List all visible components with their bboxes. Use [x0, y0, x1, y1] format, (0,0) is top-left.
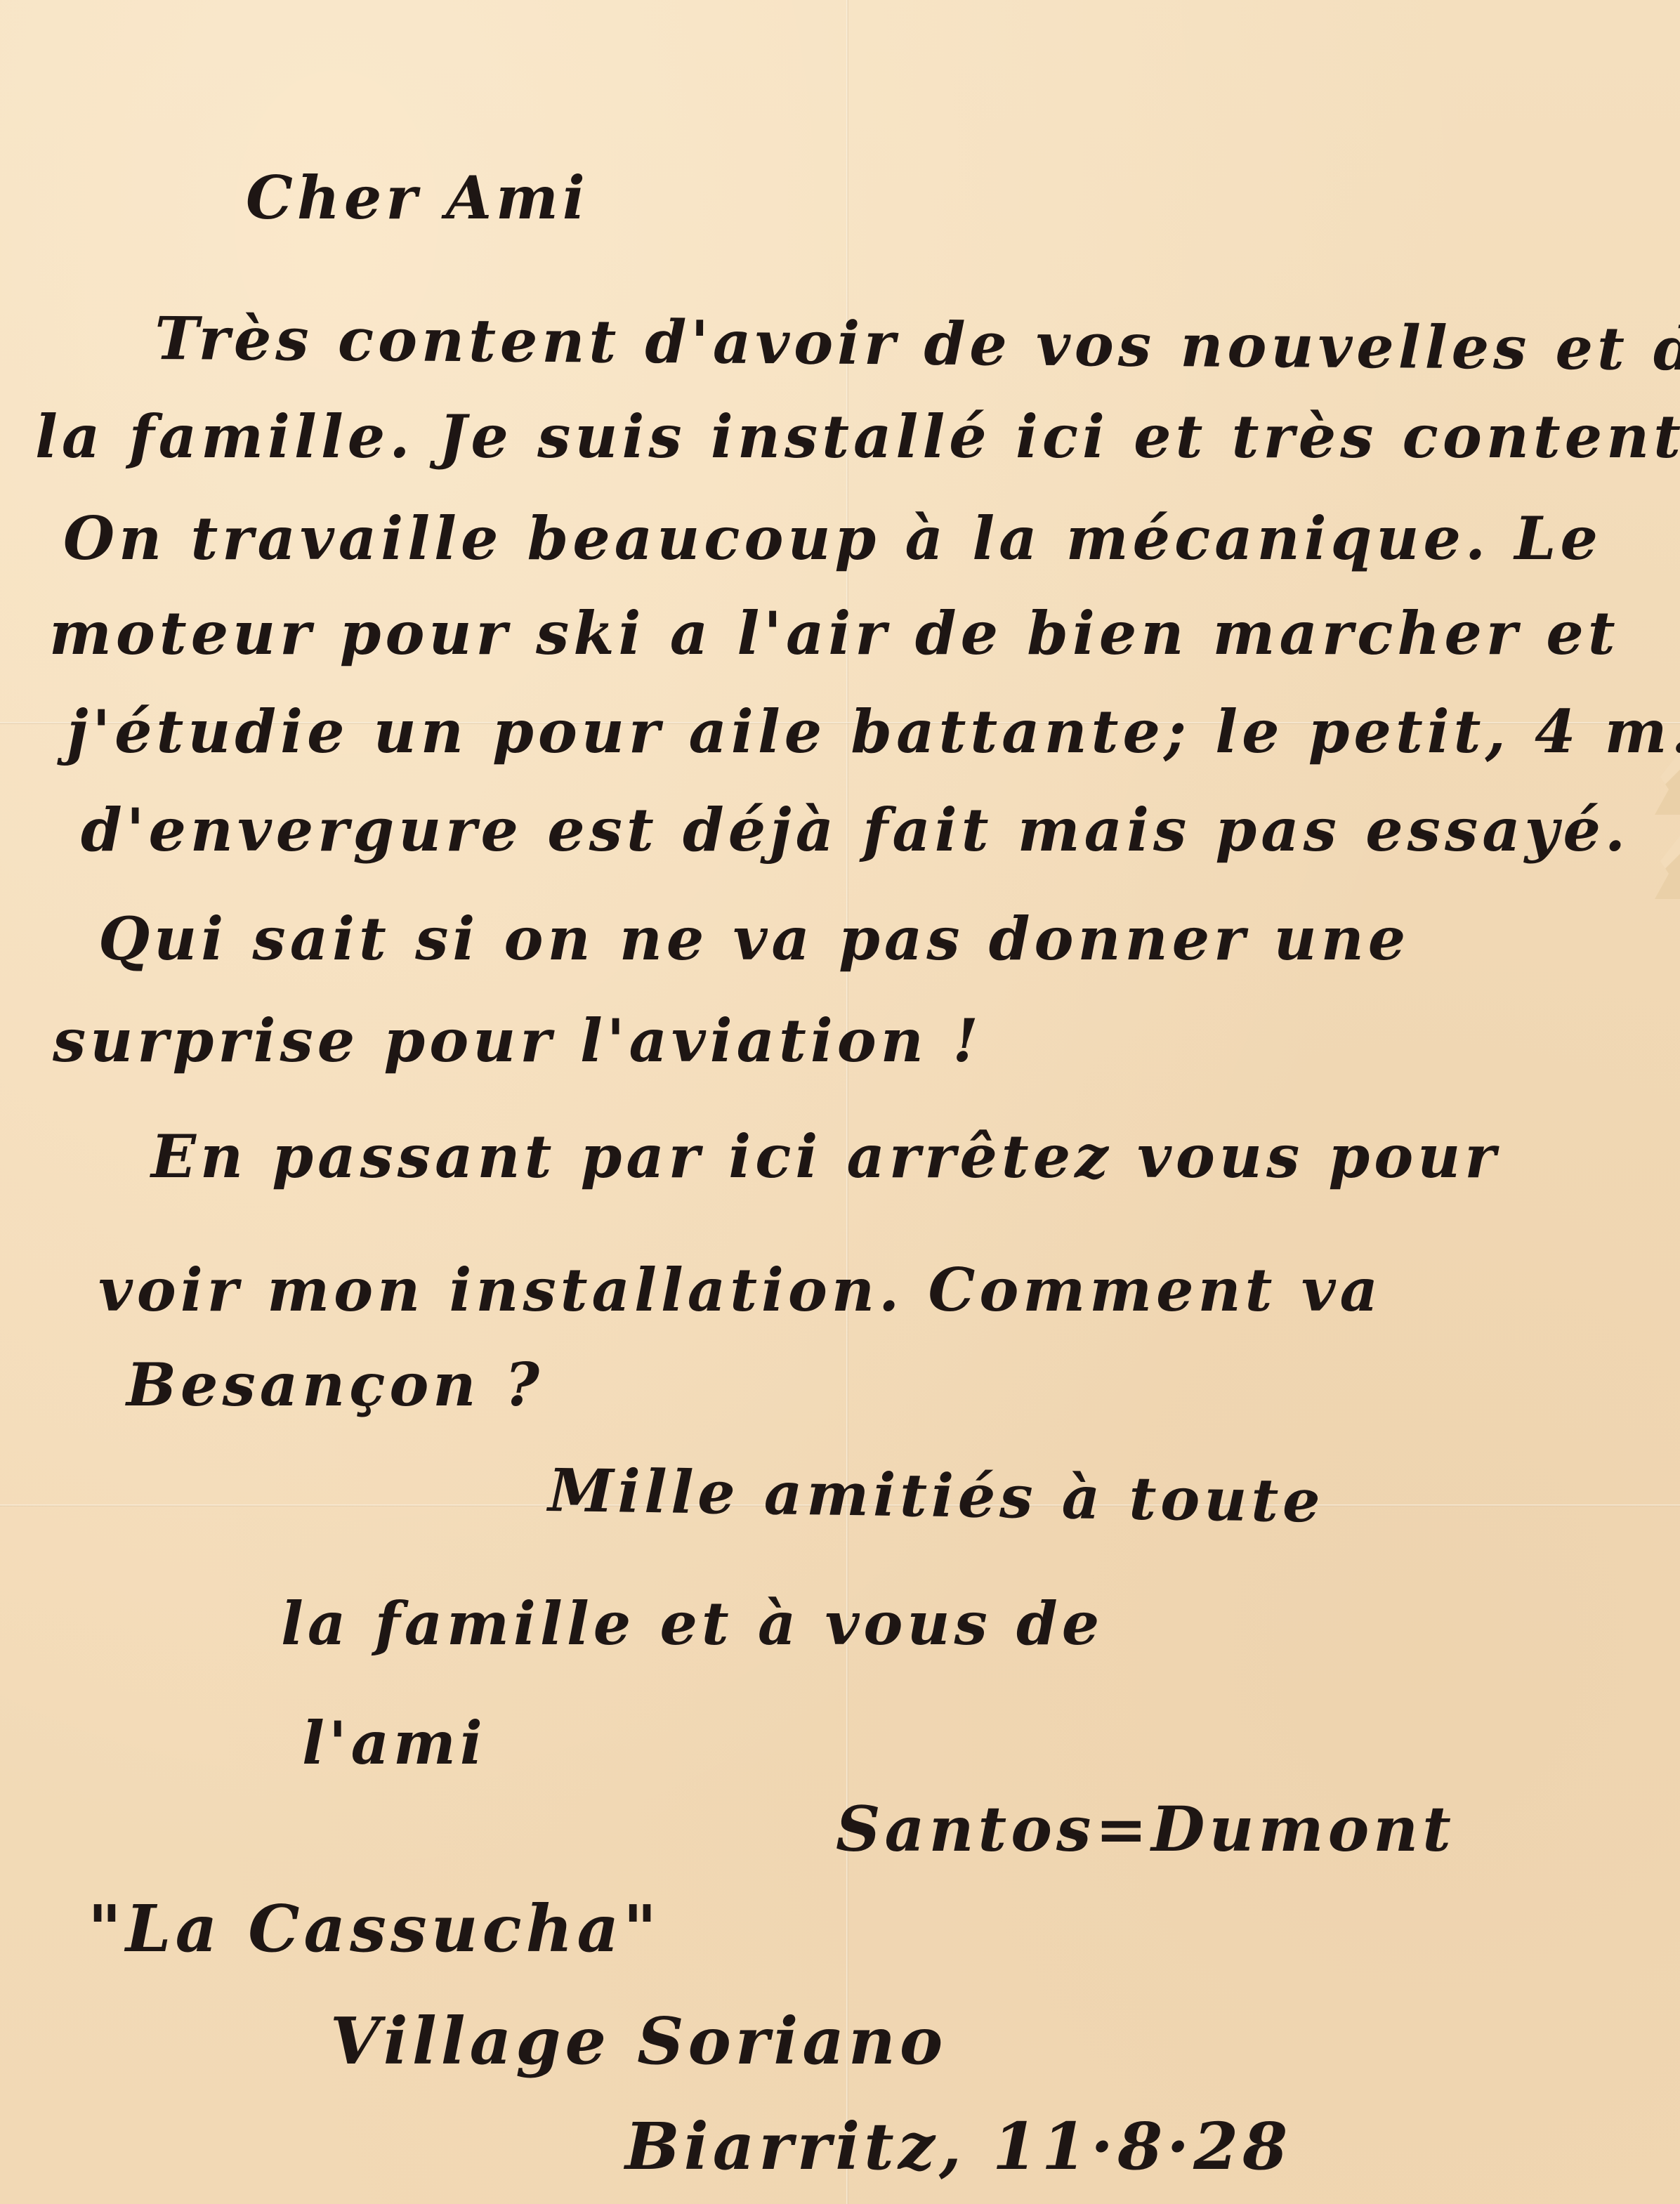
letter-page: Cher Ami Très content d'avoir de vos nou…: [0, 0, 1680, 2204]
signature: Santos=Dumont: [836, 1798, 1455, 1860]
body-line: d'envergure est déjà fait mais pas essay…: [81, 801, 1629, 860]
body-line: j'étudie un pour aile battante; le petit…: [67, 702, 1680, 761]
address-line-house: "La Cassucha": [88, 1896, 661, 1961]
body-line: Besançon ?: [126, 1356, 544, 1415]
body-line: surprise pour l'aviation !: [53, 1011, 983, 1070]
address-line-village: Village Soriano: [330, 2009, 947, 2073]
torn-edge: [1652, 836, 1680, 899]
address-line-place-date: Biarritz, 11·8·28: [625, 2114, 1292, 2179]
body-line: En passant par ici arrêtez vous pour: [151, 1127, 1500, 1186]
salutation: Cher Ami: [246, 169, 589, 228]
body-line: Qui sait si on ne va pas donner une: [98, 910, 1410, 969]
body-line: moteur pour ski a l'air de bien marcher …: [49, 604, 1620, 663]
body-line: voir mon installation. Comment va: [98, 1261, 1382, 1320]
closing-line: l'ami: [302, 1714, 487, 1773]
closing-line: Mille amitiés à toute: [548, 1461, 1325, 1530]
closing-line: la famille et à vous de: [281, 1594, 1103, 1653]
body-line: la famille. Je suis installé ici et très…: [35, 407, 1680, 466]
body-line: Très content d'avoir de vos nouvelles et…: [155, 309, 1680, 379]
body-line: On travaille beaucoup à la mécanique. Le: [63, 509, 1602, 568]
